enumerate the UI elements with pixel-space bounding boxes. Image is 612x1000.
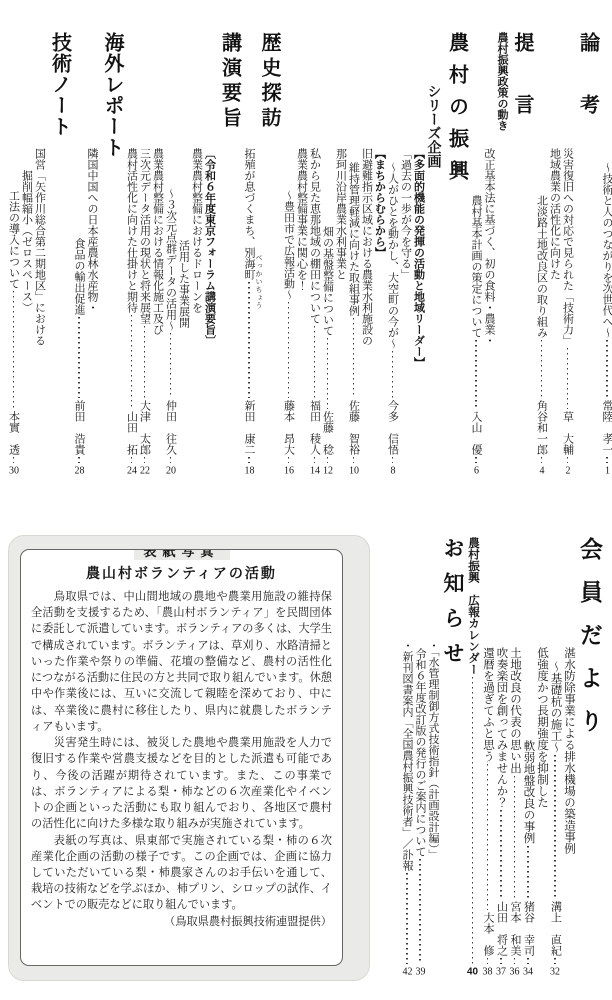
- cover-photo-paragraph: 鳥取県では、中山間地域の農地や農業用施設の維持保全活動を支援するため、「農山村ボ…: [31, 589, 332, 735]
- dot-leader: [535, 338, 548, 400]
- toc-entry: 農業農村整備における情報化施工及び 三次元データ活用の現状と将来展望 大津 太郎…: [138, 30, 164, 476]
- entry-page: 22: [138, 465, 151, 476]
- entry-title-2: 掘削幅縮小（ゼロスペース）: [20, 30, 33, 476]
- entry-page: 10: [347, 465, 360, 476]
- entry-subtitle: ～技術と人のつながりを次世代へ～: [601, 162, 612, 338]
- entry-author: 前田 浩貴: [73, 400, 86, 455]
- entry-subtitle: ～３次元点群データの活用～: [164, 188, 177, 331]
- entry-title: 拓殖が息づくまち、別海町: [243, 148, 256, 280]
- toc-entry: 農業農村整備におけるドローンを 活用した事業展開 ～３次元点群データの活用～ 仲…: [164, 30, 203, 476]
- entry-line: 土地改良の代表の思い出 宮本 和美 36: [508, 535, 521, 977]
- entry-author: 佐藤 稔: [321, 411, 334, 455]
- entry-title-3: 工法の導入について: [7, 190, 20, 289]
- entry-page: 14: [308, 465, 321, 476]
- section-rekishi: 歴史探訪 べっかいちょう 拓殖が息づくまち、別海町 新田 康二 18: [243, 30, 281, 476]
- entry-page: 12: [321, 465, 334, 476]
- toc-entry: ・新刊図書案内「全国農村振興技術者」／訃報 42: [401, 535, 414, 977]
- entry-author: 佐藤 智裕: [347, 400, 360, 455]
- entry-title: 国営「矢作川総合第二期地区」における: [33, 30, 46, 476]
- entry-title: 私から見た恵那地域の棚田について: [308, 148, 321, 324]
- dot-leader: [466, 675, 479, 966]
- entry-author: 今多 信悟: [386, 400, 399, 455]
- dot-leader: [386, 455, 399, 465]
- entry-title: 改正基本法に基づく、初の食料・農業・: [483, 30, 496, 476]
- entry-author: 草 大輔: [561, 411, 574, 455]
- entry-author: 藤本 昂大: [282, 400, 295, 455]
- entry-line: ～人がひとを動かし、大空町の今が～ 今多 信悟 8: [386, 30, 399, 476]
- entry-author: 本實 透: [7, 411, 20, 455]
- entry-line: ～基礎杭の施工～ 溝上 直紀 32: [549, 535, 562, 977]
- toc-entry: 改正基本法に基づく、初の食料・農業・ 農村基本計画の策定について 入山 優 6: [470, 30, 496, 476]
- dot-leader: [164, 331, 177, 400]
- entry-title-2: 維持管理軽減に向けた取組事例: [347, 162, 360, 316]
- heading-koen: 講演要旨: [218, 30, 241, 476]
- entry-title: 旧避難指示区域における農業水利施設の: [360, 30, 373, 476]
- cover-photo-paragraph: 災害発生時には、被災した農地や農業用施設を人力で復旧する作業や営農支援などを目的…: [31, 735, 332, 832]
- dot-leader: [138, 324, 151, 400]
- cover-photo-credit: （鳥取県農村振興技術連盟提供）: [31, 914, 332, 930]
- dot-leader: [347, 316, 360, 400]
- entry-title: 土地改良の代表の思い出: [508, 647, 521, 774]
- calendar-page: 40: [466, 966, 479, 977]
- cover-photo-panel: 表紙写真 農山村ボランティアの活動 鳥取県では、中山間地域の農地や農業用施設の維…: [20, 549, 343, 966]
- entry-title: 農村活性化に向けた仕掛けと期待: [125, 148, 138, 313]
- entry-author: 山田 将之: [495, 901, 508, 956]
- entry-title: 那珂川沿岸農業水利事業と: [334, 30, 347, 476]
- dot-leader: [73, 455, 86, 465]
- entry-author: 仲田 往久: [164, 400, 177, 455]
- dot-leader: [138, 455, 151, 465]
- entry-title: 湛水防除事業による排水機場の築造事例: [562, 535, 575, 977]
- entry-line: 拓殖が息づくまち、別海町 新田 康二 18: [243, 30, 256, 476]
- dot-leader: [470, 455, 483, 465]
- entry-title-2: 令和６年度改訂版の発行のご案内について: [414, 648, 427, 857]
- dot-leader: [164, 455, 177, 465]
- entry-author: 山田 拓: [125, 411, 138, 455]
- heading-oshirase: お知らせ: [441, 535, 464, 977]
- dot-leader: [386, 349, 399, 400]
- entry-line: 還暦を過ぎてふと思う 大本 修 38: [481, 535, 494, 977]
- toc-entry: 隣国中国への日本産農林水産物・ 食品の輸出促進 前田 浩貴 28: [73, 30, 99, 476]
- cover-photo-paragraph: 表紙の写真は、県東部で実施されている梨・柿の６次産業化企画の活動の様子です。この…: [31, 833, 332, 914]
- entry-author: 溝上 直紀: [549, 901, 562, 956]
- dot-leader: [321, 336, 334, 411]
- entry-title-2: 軟弱地盤改良の事例: [522, 740, 535, 844]
- dot-leader: [282, 455, 295, 465]
- dot-leader: [125, 313, 138, 411]
- entry-page: 28: [73, 465, 86, 476]
- toc-entry: 旧避難指示区域における農業水利施設の 維持管理軽減に向けた取組事例 佐藤 智裕 …: [347, 30, 373, 476]
- dot-leader: [495, 956, 508, 966]
- entry-line: 軟弱地盤改良の事例 猪谷 幸司 34: [522, 535, 535, 977]
- entry-title-2: 食品の輸出促進: [73, 238, 86, 315]
- dot-leader: [481, 762, 494, 912]
- entry-page: 1: [601, 465, 612, 476]
- section-kantogen: 巻頭言 みやぎの農業・農村の現状と課題 ～技術と人のつながりを次世代へ～ 常陸 …: [601, 30, 612, 476]
- section-calendar: 農村振興 広報カレンダー 40: [466, 535, 479, 977]
- entry-author: 大津 太郎: [138, 400, 151, 455]
- toc-entry: 低強度かつ長期強度を抑制した 軟弱地盤改良の事例 猪谷 幸司 34: [522, 535, 549, 977]
- dot-leader: [561, 455, 574, 465]
- heading-kaigai: 海外レポート: [100, 30, 123, 476]
- toc-entry: 地域農業の活性化に向けた 北淡路土地改良区の取り組み 角谷和一郎 4: [535, 30, 561, 476]
- cover-photo-box: 表紙写真 農山村ボランティアの活動 鳥取県では、中山間地域の農地や農業用施設の維…: [8, 535, 370, 981]
- toc-entry: 「過去の一歩が今を守る」 ～人がひとを動かし、大空町の今が～ 今多 信悟 8: [386, 30, 412, 476]
- entry-line: ～３次元点群データの活用～ 仲田 往久 20: [164, 30, 177, 476]
- entry-page: 2: [561, 465, 574, 476]
- toc-entry: 私から見た恵那地域の棚田について 福田 稜人 14: [308, 30, 321, 476]
- entry-page: 36: [508, 966, 521, 977]
- entry-author: 福田 稜人: [308, 400, 321, 455]
- dot-leader: [308, 455, 321, 465]
- entry-title-2: 北淡路土地改良区の取り組み: [535, 195, 548, 338]
- dot-leader: [7, 289, 20, 411]
- entry-line: 三次元データ活用の現状と将来展望 大津 太郎 22: [138, 30, 151, 476]
- dot-leader: [321, 455, 334, 465]
- entry-title: ・「水管理制御方式技術指針（計画設計編）」: [427, 535, 440, 977]
- entry-page: 39: [414, 966, 427, 977]
- dot-leader: [601, 455, 612, 465]
- entry-title-2: 農村基本計画の策定について: [470, 195, 483, 338]
- furigana-bekkaicho: べっかいちょう: [255, 254, 263, 310]
- dot-leader: [347, 455, 360, 465]
- entry-author: 猪谷 幸司: [522, 901, 535, 956]
- entry-line: 私から見た恵那地域の棚田について 福田 稜人 14: [308, 30, 321, 476]
- heading-kaiin: 会員だより: [577, 535, 602, 977]
- entry-page: 24: [125, 465, 138, 476]
- dot-leader: [308, 324, 321, 400]
- section-gijutsu: 技術ノート 国営「矢作川総合第二期地区」における 掘削幅縮小（ゼロスペース） 工…: [7, 30, 71, 476]
- section-kaiin: 会員だより 湛水防除事業による排水機場の築造事例 ～基礎杭の施工～ 溝上 直紀 …: [481, 535, 602, 977]
- kicker-tokyo-forum: 〔令和６年度東京フォーラム講演要旨〕: [203, 30, 216, 476]
- heading-shinko: 農村の振興: [445, 30, 468, 476]
- toc-entry: 国営「矢作川総合第二期地区」における 掘削幅縮小（ゼロスペース） 工法の導入につ…: [7, 30, 46, 476]
- entry-title-2: 三次元データ活用の現状と将来展望: [138, 148, 151, 324]
- entry-page: 42: [401, 966, 414, 977]
- cover-photo-title: 農山村ボランティアの活動: [31, 563, 332, 583]
- kicker-machikara: 【まちからむらから】: [373, 30, 386, 476]
- entry-title: 農業農村整備事業に関心を！: [295, 30, 308, 476]
- dot-leader: [522, 956, 535, 966]
- entry-title: 低強度かつ長期強度を抑制した: [535, 535, 548, 977]
- calendar-title: 農村振興 広報カレンダー: [466, 537, 479, 675]
- entry-title: 農業農村整備におけるドローンを: [190, 30, 203, 476]
- entry-line: ～豊田市で広報活動～ 藤本 昂大 16: [282, 30, 295, 476]
- entry-page: 6: [470, 465, 483, 476]
- entry-title: 還暦を過ぎてふと思う: [481, 647, 494, 762]
- entry-author: 大本 修: [481, 912, 494, 956]
- toc-entry: 還暦を過ぎてふと思う 大本 修 38: [481, 535, 494, 977]
- toc-entry: 災害復旧への対応で見られた「技術力」 草 大輔 2: [561, 30, 574, 476]
- toc-entry: 農業農村整備事業に関心を！ ～豊田市で広報活動～ 藤本 昂大 16: [282, 30, 308, 476]
- heading-rekishi: 歴史探訪: [257, 30, 280, 476]
- dot-leader: [243, 455, 256, 465]
- entry-title: 隣国中国への日本産農林水産物・: [86, 30, 99, 476]
- entry-title-2: 活用した事業展開: [177, 30, 190, 476]
- dot-leader: [7, 455, 20, 465]
- entry-author: 入山 優: [470, 411, 483, 455]
- section-oshirase: お知らせ ・「水管理制御方式技術指針（計画設計編）」 令和６年度改訂版の発行のご…: [401, 535, 465, 977]
- calendar-line: 農村振興 広報カレンダー 40: [466, 535, 479, 977]
- dot-leader: [535, 455, 548, 465]
- kicker-tamenteki: 【多面的機能の発揮の活動と地域リーダー】: [412, 30, 425, 476]
- entry-line: 工法の導入について 本實 透 30: [7, 30, 20, 476]
- entry-title: 吹奏楽団を創ってみませんか？: [495, 647, 508, 808]
- dot-leader: [243, 280, 256, 400]
- entry-line: 令和６年度改訂版の発行のご案内について 39: [414, 535, 427, 977]
- entry-page: 34: [522, 966, 535, 977]
- entry-page: 30: [7, 465, 20, 476]
- entry-title: 「過去の一歩が今を守る」: [399, 30, 412, 476]
- entry-line: 北淡路土地改良区の取り組み 角谷和一郎 4: [535, 30, 548, 476]
- dot-leader: [549, 753, 562, 901]
- cover-photo-label: 表紙写真: [133, 549, 229, 560]
- entry-line: ～技術と人のつながりを次世代へ～ 常陸 孝一 1: [601, 30, 612, 476]
- dot-leader: [125, 455, 138, 465]
- bottom-toc: 会員だより 湛水防除事業による排水機場の築造事例 ～基礎杭の施工～ 溝上 直紀 …: [370, 535, 602, 977]
- heading-series-kikaku: シリーズ企画: [426, 30, 443, 476]
- dot-leader: [508, 956, 521, 966]
- toc-entry: 土地改良の代表の思い出 宮本 和美 36: [508, 535, 521, 977]
- entry-line: 吹奏楽団を創ってみませんか？ 山田 将之 37: [495, 535, 508, 977]
- toc-entry: 農村活性化に向けた仕掛けと期待 山田 拓 24: [125, 30, 138, 476]
- entry-page: 37: [495, 966, 508, 977]
- toc-entry: みやぎの農業・農村の現状と課題 ～技術と人のつながりを次世代へ～ 常陸 孝一 1: [601, 30, 612, 476]
- entry-page: 8: [386, 465, 399, 476]
- dot-leader: [508, 774, 521, 902]
- entry-title: ・新刊図書案内「全国農村振興技術者」／訃報: [401, 640, 414, 871]
- toc-entry: ・「水管理制御方式技術指針（計画設計編）」 令和６年度改訂版の発行のご案内につい…: [414, 535, 440, 977]
- entry-subtitle: ～基礎杭の施工～: [549, 661, 562, 753]
- entry-subtitle: ～豊田市で広報活動～: [282, 190, 295, 300]
- kicker-policy-news: 農村振興政策の動き: [496, 30, 509, 476]
- entry-line: 農村活性化に向けた仕掛けと期待 山田 拓 24: [125, 30, 138, 476]
- bottom-area: 表紙写真 農山村ボランティアの活動 鳥取県では、中山間地域の農地や農業用施設の維…: [8, 535, 602, 981]
- section-ronko: 論考 災害復旧への対応で見られた「技術力」 草 大輔 2 地域農業の活性化に向け…: [535, 30, 599, 476]
- toc-entry: 湛水防除事業による排水機場の築造事例 ～基礎杭の施工～ 溝上 直紀 32: [549, 535, 576, 977]
- entry-page: 4: [535, 465, 548, 476]
- heading-gijutsu: 技術ノート: [48, 30, 71, 476]
- entry-page: 20: [164, 465, 177, 476]
- entry-line: ・新刊図書案内「全国農村振興技術者」／訃報 42: [401, 535, 414, 977]
- section-teigen: 提言 農村振興政策の動き 改正基本法に基づく、初の食料・農業・ 農村基本計画の策…: [470, 30, 534, 476]
- entry-author: 宮本 和美: [508, 901, 521, 956]
- dot-leader: [522, 844, 535, 902]
- entry-title: 地域農業の活性化に向けた: [548, 30, 561, 476]
- dot-leader: [414, 857, 427, 966]
- entry-page: 32: [549, 966, 562, 977]
- entry-page: 18: [243, 465, 256, 476]
- section-koen: 講演要旨 〔令和６年度東京フォーラム講演要旨〕 農業農村整備におけるドローンを …: [125, 30, 241, 476]
- entry-line: 農村基本計画の策定について 入山 優 6: [470, 30, 483, 476]
- section-kaigai: 海外レポート 隣国中国への日本産農林水産物・ 食品の輸出促進 前田 浩貴 28: [73, 30, 124, 476]
- heading-ronko: 論考: [576, 30, 599, 476]
- toc-entry: 那珂川沿岸農業水利事業と 畑の基盤整備について 佐藤 稔 12: [321, 30, 347, 476]
- dot-leader: [481, 956, 494, 966]
- toc-entry: 吹奏楽団を創ってみませんか？ 山田 将之 37: [495, 535, 508, 977]
- entry-author: 新田 康二: [243, 400, 256, 455]
- entry-author: 常陸 孝一: [601, 400, 612, 455]
- dot-leader: [73, 315, 86, 400]
- dot-leader: [601, 338, 612, 400]
- entry-line: 食品の輸出促進 前田 浩貴 28: [73, 30, 86, 476]
- entry-subtitle: ～人がひとを動かし、大空町の今が～: [386, 162, 399, 349]
- dot-leader: [561, 346, 574, 411]
- dot-leader: [282, 300, 295, 400]
- entry-title: 農業農村整備における情報化施工及び: [151, 30, 164, 476]
- toc-entry: べっかいちょう 拓殖が息づくまち、別海町 新田 康二 18: [243, 30, 256, 476]
- entry-page: 16: [282, 465, 295, 476]
- dot-leader: [549, 956, 562, 966]
- entry-title-2: 畑の基盤整備について: [321, 226, 334, 336]
- dot-leader: [495, 808, 508, 901]
- dot-leader: [401, 871, 414, 966]
- entry-page: 38: [481, 966, 494, 977]
- section-shinko-series: 農村の振興 シリーズ企画 【多面的機能の発揮の活動と地域リーダー】 「過去の一歩…: [282, 30, 468, 476]
- dot-leader: [470, 338, 483, 411]
- entry-author: 角谷和一郎: [535, 400, 548, 455]
- main-toc: 巻頭言 みやぎの農業・農村の現状と課題 ～技術と人のつながりを次世代へ～ 常陸 …: [5, 30, 612, 476]
- entry-line: 災害復旧への対応で見られた「技術力」 草 大輔 2: [561, 30, 574, 476]
- heading-teigen: 提言: [510, 30, 533, 476]
- entry-line: 維持管理軽減に向けた取組事例 佐藤 智裕 10: [347, 30, 360, 476]
- entry-line: 畑の基盤整備について 佐藤 稔 12: [321, 30, 334, 476]
- entry-title: 災害復旧への対応で見られた「技術力」: [561, 148, 574, 346]
